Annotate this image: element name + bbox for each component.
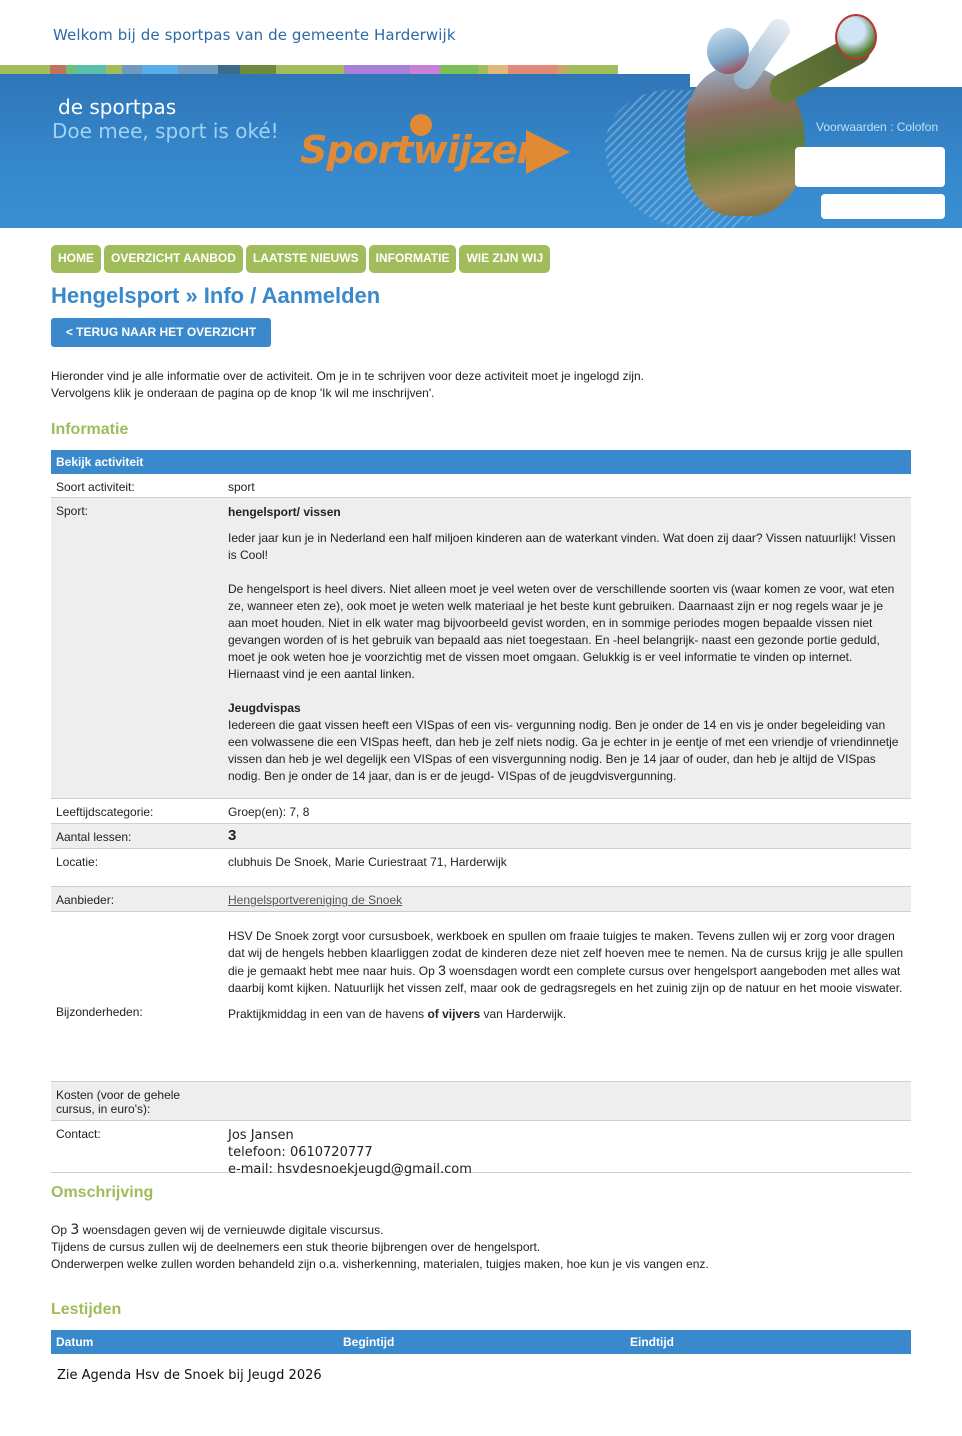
page-title: Hengelsport » Info / Aanmelden (51, 283, 380, 309)
table-row-kosten: Kosten (voor de gehele cursus, in euro's… (51, 1082, 911, 1121)
section-heading-lestijden: Lestijden (51, 1301, 121, 1319)
brand-slogan: Doe mee, sport is oké! (52, 119, 279, 143)
link-separator: : (890, 120, 893, 134)
table-row-soort: Soort activiteit: sport (51, 474, 911, 498)
back-to-overview-button[interactable]: < TERUG NAAR HET OVERZICHT (51, 318, 271, 347)
nav-informatie[interactable]: INFORMATIE (369, 245, 457, 273)
sportwijzer-logo[interactable]: Sportwijzer (300, 110, 572, 180)
contact-name: Jos Jansen (228, 1127, 906, 1144)
table-row-lessen: Aantal lessen: 3 (51, 824, 911, 849)
intro-text: Hieronder vind je alle informatie over d… (51, 368, 644, 402)
table-row-contact: Contact: Jos Jansen telefoon: 0610720777… (51, 1121, 911, 1173)
nav-overzicht-aanbod[interactable]: OVERZICHT AANBOD (104, 245, 243, 273)
table-header: Bekijk activiteit (51, 450, 911, 474)
table-row-aanbieder: Aanbieder: Hengelsportvereniging de Snoe… (51, 887, 911, 912)
contact-email: e-mail: hsvdesnoekjeugd@gmail.com (228, 1161, 906, 1178)
table-row-sport: Sport: hengelsport/ vissen Ieder jaar ku… (51, 498, 911, 799)
link-colofon[interactable]: Colofon (897, 120, 938, 134)
welcome-text: Welkom bij de sportpas van de gemeente H… (53, 26, 456, 44)
section-heading-omschrijving: Omschrijving (51, 1184, 153, 1202)
cyclist-photo (665, 6, 845, 230)
logo-arrow-icon (526, 130, 570, 174)
aanbieder-link[interactable]: Hengelsportvereniging de Snoek (228, 893, 402, 907)
color-stripe (0, 65, 690, 74)
logo-text: Sportwijzer (300, 128, 534, 172)
site-header: Welkom bij de sportpas van de gemeente H… (0, 0, 962, 230)
login-box[interactable] (795, 147, 945, 187)
link-voorwaarden[interactable]: Voorwaarden (816, 120, 887, 134)
table-row-locatie: Locatie: clubhuis De Snoek, Marie Curies… (51, 849, 911, 887)
table-row-leeftijd: Leeftijdscategorie: Groep(en): 7, 8 (51, 799, 911, 824)
lestijden-table: Datum Begintijd Eindtijd Zie Agenda Hsv … (51, 1330, 911, 1383)
nav-laatste-nieuws[interactable]: LAATSTE NIEUWS (246, 245, 366, 273)
nav-wie-zijn-wij[interactable]: WIE ZIJN WIJ (459, 245, 550, 273)
table-row-bijzonderheden: Bijzonderheden: HSV De Snoek zorgt voor … (51, 912, 911, 1082)
search-box[interactable] (821, 194, 945, 219)
contact-phone: telefoon: 0610720777 (228, 1144, 906, 1161)
main-nav: HOME OVERZICHT AANBOD LAATSTE NIEUWS INF… (51, 245, 550, 273)
ball-photo (835, 14, 877, 60)
col-begintijd: Begintijd (338, 1330, 625, 1354)
col-datum: Datum (51, 1330, 338, 1354)
top-links: Voorwaarden : Colofon (816, 120, 938, 134)
activity-table: Bekijk activiteit Soort activiteit: spor… (51, 450, 911, 1173)
omschrijving-text: Op 3 woensdagen geven wij de vernieuwde … (51, 1222, 709, 1273)
lestijden-note: Zie Agenda Hsv de Snoek bij Jeugd 2026 (57, 1368, 911, 1383)
col-eindtijd: Eindtijd (625, 1330, 911, 1354)
brand-title: de sportpas (58, 95, 176, 119)
section-heading-informatie: Informatie (51, 421, 128, 439)
nav-home[interactable]: HOME (51, 245, 101, 273)
lestijden-header: Datum Begintijd Eindtijd (51, 1330, 911, 1354)
